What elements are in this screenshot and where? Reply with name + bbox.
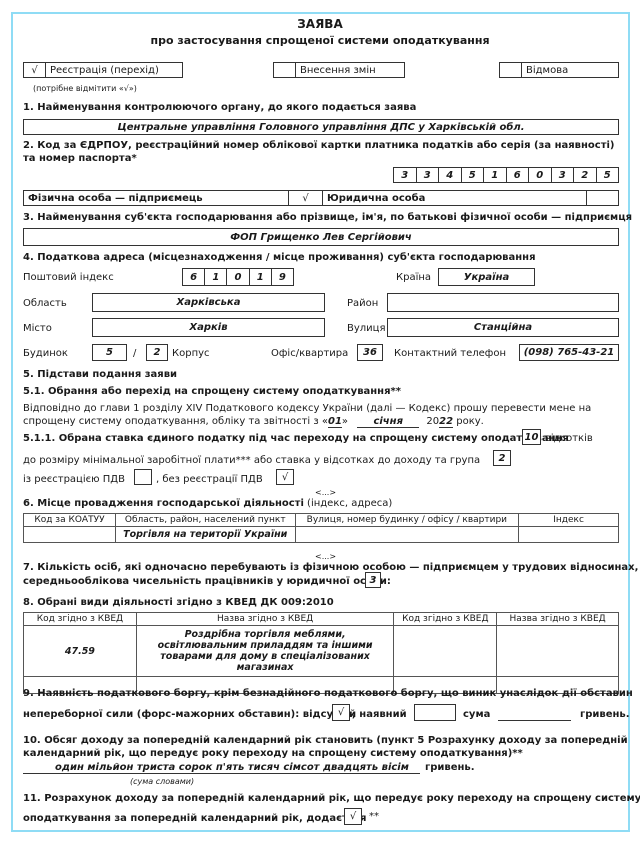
s511-text-a: 5.1.1. Обрана ставка єдиного податку під…	[23, 433, 569, 444]
postal-code-label: Поштовий індекс	[23, 272, 114, 283]
control-authority-field[interactable]: Центральне управління Головного управлін…	[23, 119, 619, 135]
form-title: ЗАЯВА	[0, 17, 640, 31]
postal-code-digit[interactable]: 1	[205, 269, 227, 285]
option-changes[interactable]: Внесення змін	[273, 62, 405, 78]
s6-heading-bold: 6. Місце провадження господарської діяль…	[23, 498, 304, 509]
phone-field[interactable]: (098) 765-43-21	[519, 344, 619, 361]
checkbox-refusal[interactable]	[500, 63, 522, 77]
s9-line1: 9. Наявність податкового боргу, крім без…	[23, 688, 633, 699]
building-label: Будинок	[23, 348, 68, 359]
tax-id-digit[interactable]: 6	[507, 168, 530, 182]
tax-id-digit[interactable]: 4	[439, 168, 462, 182]
s51-text-line1: Відповідно до глави 1 розділу XIV Податк…	[23, 403, 591, 414]
legal-entity-label: Юридична особа	[323, 191, 587, 205]
debt-present-checkbox[interactable]	[414, 704, 456, 721]
tax-id-digit[interactable]: 5	[462, 168, 485, 182]
table-header-row: Код згідно з КВЕДНазва згідно з КВЕДКод …	[24, 613, 619, 626]
postal-code-digit[interactable]: 6	[183, 269, 205, 285]
s2-heading-line1: 2. Код за ЄДРПОУ, реєстраційний номер об…	[23, 140, 615, 151]
checkbox-changes[interactable]	[274, 63, 296, 77]
table-cell[interactable]	[394, 626, 497, 677]
checkbox-registration[interactable]: √	[24, 63, 46, 77]
entity-type-row: Фізична особа — підприємець √ Юридична о…	[23, 190, 619, 206]
column-header: Код згідно з КВЕД	[394, 613, 497, 626]
business-location-table: Код за КОАТУУОбласть, район, населений п…	[23, 513, 619, 543]
s4-heading: 4. Податкова адреса (місцезнаходження / …	[23, 252, 536, 263]
city-field[interactable]: Харків	[92, 318, 325, 337]
sum-label: сума	[463, 709, 490, 720]
table-cell[interactable]	[24, 527, 116, 543]
postal-code-digit[interactable]: 0	[227, 269, 249, 285]
column-header: Назва згідно з КВЕД	[136, 613, 394, 626]
s10-line2: календарний рік, що передує року переход…	[23, 748, 523, 759]
debt-absent-checkbox[interactable]: √	[332, 704, 350, 721]
column-header: Вулиця, номер будинку / офісу / квартири	[295, 514, 519, 527]
tax-id-digit[interactable]: 3	[552, 168, 575, 182]
tax-id-digits[interactable]: 3345160325	[393, 167, 619, 183]
building2-field[interactable]: 2	[146, 344, 168, 361]
office-label: Офіс/квартира	[271, 348, 348, 359]
tax-id-digit[interactable]: 3	[417, 168, 440, 182]
hint-text: (потрібне відмітити «√»)	[33, 84, 137, 93]
amount-caption: (сума словами)	[130, 777, 194, 786]
s51-heading: 5.1. Обрання або перехід на спрощену сис…	[23, 386, 401, 397]
individual-entrepreneur-checkbox[interactable]: √	[289, 191, 323, 205]
option-refusal-label: Відмова	[522, 65, 568, 76]
corpus-label: Корпус	[172, 348, 210, 359]
building-field[interactable]: 5	[92, 344, 127, 361]
region-field[interactable]: Харківська	[92, 293, 325, 312]
rate-field[interactable]: 10	[522, 429, 541, 445]
table-row: 47.59Роздрібна торгівля меблями, освітлю…	[24, 626, 619, 677]
s10-line1: 10. Обсяг доходу за попередній календарн…	[23, 735, 628, 746]
option-refusal[interactable]: Відмова	[499, 62, 619, 78]
office-field[interactable]: 36	[357, 344, 383, 361]
table-row: Торгівля на території України	[24, 527, 619, 543]
s9-line2-a: непереборної сили (форс-мажорних обстави…	[23, 709, 356, 720]
s511-line2: до розміру мінімальної заробітної плати*…	[23, 455, 480, 466]
table-header-row: Код за КОАТУУОбласть, район, населений п…	[24, 514, 619, 527]
start-month[interactable]: січня	[357, 416, 419, 428]
table-cell[interactable]: 47.59	[24, 626, 137, 677]
building-slash: /	[133, 348, 136, 359]
ellipsis-2: <...>	[315, 552, 336, 561]
phone-label: Контактний телефон	[394, 348, 506, 359]
postal-code-digit[interactable]: 1	[250, 269, 272, 285]
s11-line2: оподаткування за попередній календарний …	[23, 813, 366, 824]
year-word: року.	[456, 416, 484, 427]
column-header: Назва згідно з КВЕД	[497, 613, 619, 626]
postal-code-digit[interactable]: 9	[272, 269, 293, 285]
start-year[interactable]: 22	[439, 416, 453, 428]
tax-id-digit[interactable]: 2	[574, 168, 597, 182]
column-header: Код згідно з КВЕД	[24, 613, 137, 626]
s51-text-line2-b: »	[342, 416, 348, 427]
s1-heading: 1. Найменування контролюючого органу, до…	[23, 102, 416, 113]
column-header: Індекс	[519, 514, 619, 527]
tax-id-digit[interactable]: 3	[394, 168, 417, 182]
postal-code-digits[interactable]: 61019	[182, 268, 294, 286]
option-registration-label: Реєстрація (перехід)	[46, 65, 159, 76]
table-cell[interactable]	[497, 626, 619, 677]
start-day[interactable]: 01	[328, 416, 342, 428]
column-header: Код за КОАТУУ	[24, 514, 116, 527]
s7-line2: середньооблікова чисельність працівників…	[23, 576, 391, 587]
vat-with-checkbox[interactable]	[134, 469, 152, 485]
table-cell[interactable]	[295, 527, 519, 543]
s11-note: **	[369, 811, 379, 822]
s8-heading: 8. Обрані види діяльності згідно з КВЕД …	[23, 597, 334, 608]
s51-text-line2: спрощену систему оподаткування, обліку т…	[23, 416, 484, 428]
s511-text-b: відсотків	[545, 433, 593, 444]
s3-heading: 3. Найменування суб'єкта господарювання …	[23, 212, 632, 223]
tax-id-digit[interactable]: 1	[484, 168, 507, 182]
s10-currency: гривень.	[425, 762, 475, 773]
entity-name-field[interactable]: ФОП Грищенко Лев Сергійович	[23, 228, 619, 246]
table-cell[interactable]	[519, 527, 619, 543]
income-calc-attached-checkbox[interactable]: √	[344, 808, 362, 825]
street-label: Вулиця	[347, 323, 386, 334]
district-label: Район	[347, 298, 378, 309]
district-field[interactable]	[387, 293, 619, 312]
s5-heading: 5. Підстави подання заяви	[23, 369, 177, 380]
employee-count-field[interactable]: 3	[365, 572, 381, 588]
ellipsis-1: <...>	[315, 488, 336, 497]
street-field[interactable]: Станційна	[387, 318, 619, 337]
s6-heading: 6. Місце провадження господарської діяль…	[23, 498, 392, 509]
s7-line1: 7. Кількість осіб, які одночасно перебув…	[23, 562, 640, 573]
s2-heading-line2: та номер паспорта*	[23, 153, 137, 164]
individual-entrepreneur-label: Фізична особа — підприємець	[24, 191, 289, 205]
vat-with-label: із реєстрацією ПДВ	[23, 474, 125, 485]
tax-id-digit[interactable]: 5	[597, 168, 619, 182]
table-cell[interactable]: Торгівля на території України	[115, 527, 295, 543]
s51-text-line2-a: спрощену систему оподаткування, обліку т…	[23, 416, 328, 427]
tax-id-digit[interactable]: 0	[529, 168, 552, 182]
city-label: Місто	[23, 323, 52, 334]
s6-heading-normal: (індекс, адреса)	[304, 498, 392, 509]
option-changes-label: Внесення змін	[296, 65, 376, 76]
debt-present-label: , наявний	[352, 709, 407, 720]
legal-entity-checkbox[interactable]	[587, 191, 618, 205]
s11-line1: 11. Розрахунок доходу за попередній кале…	[23, 793, 640, 804]
debt-sum-field[interactable]	[498, 720, 571, 721]
vat-without-checkbox[interactable]: √	[276, 469, 294, 485]
country-label: Країна	[396, 272, 431, 283]
vat-without-label: , без реєстрації ПДВ	[156, 474, 263, 485]
form-subtitle: про застосування спрощеної системи опода…	[0, 34, 640, 47]
option-registration[interactable]: √ Реєстрація (перехід)	[23, 62, 183, 78]
s9-currency: гривень.	[580, 709, 630, 720]
year-prefix: 20	[426, 416, 439, 427]
table-cell[interactable]: Роздрібна торгівля меблями, освітлювальн…	[136, 626, 394, 677]
income-words-field[interactable]: один мільйон триста сорок п'ять тисяч сі…	[23, 762, 420, 774]
group-field[interactable]: 2	[493, 450, 511, 466]
column-header: Область, район, населений пункт	[115, 514, 295, 527]
kved-table: Код згідно з КВЕДНазва згідно з КВЕДКод …	[23, 612, 619, 694]
country-field[interactable]: Україна	[438, 268, 535, 286]
region-label: Область	[23, 298, 67, 309]
